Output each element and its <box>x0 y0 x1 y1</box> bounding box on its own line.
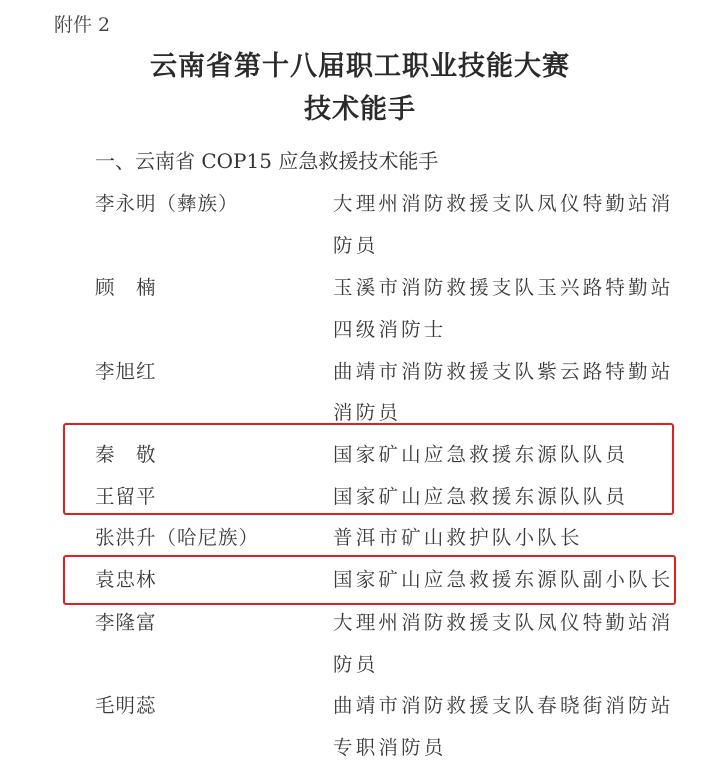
person-name: 王留平 <box>95 481 157 509</box>
person-name: 李隆富 <box>95 607 157 635</box>
person-affiliation-cont: 消防员 <box>333 397 401 425</box>
person-affiliation: 大理州消防救援支队凤仪特勤站消 <box>333 188 674 216</box>
person-name: 秦 敬 <box>95 439 157 467</box>
person-affiliation-cont: 四级消防士 <box>333 314 447 342</box>
attachment-label: 附件 2 <box>54 10 110 37</box>
person-name: 顾 楠 <box>95 272 157 300</box>
person-affiliation: 曲靖市消防救援支队春晓街消防站 <box>333 690 674 718</box>
person-affiliation: 大理州消防救援支队凤仪特勤站消 <box>333 607 674 635</box>
person-name: 袁忠林 <box>95 564 157 592</box>
person-affiliation-cont: 防员 <box>333 230 378 258</box>
page-subtitle: 技术能手 <box>0 87 720 126</box>
section-heading: 一、云南省 COP15 应急救援技术能手 <box>95 145 438 174</box>
page-title: 云南省第十八届职工职业技能大赛 <box>0 44 720 83</box>
person-affiliation: 国家矿山应急救援东源队队员 <box>333 439 628 467</box>
person-name: 李永明（彝族） <box>95 188 239 216</box>
person-affiliation: 普洱市矿山救护队小队长 <box>333 522 583 550</box>
person-affiliation: 玉溪市消防救援支队玉兴路特勤站 <box>333 272 674 300</box>
person-affiliation-cont: 专职消防员 <box>333 732 447 760</box>
person-name: 张洪升（哈尼族） <box>95 522 259 550</box>
person-affiliation: 国家矿山应急救援东源队队员 <box>333 481 628 509</box>
person-name: 毛明蕊 <box>95 690 157 718</box>
person-affiliation-cont: 防员 <box>333 649 378 677</box>
person-name: 李旭红 <box>95 356 157 384</box>
person-affiliation: 曲靖市消防救援支队紫云路特勤站 <box>333 356 674 384</box>
person-affiliation: 国家矿山应急救援东源队副小队长 <box>333 564 674 592</box>
